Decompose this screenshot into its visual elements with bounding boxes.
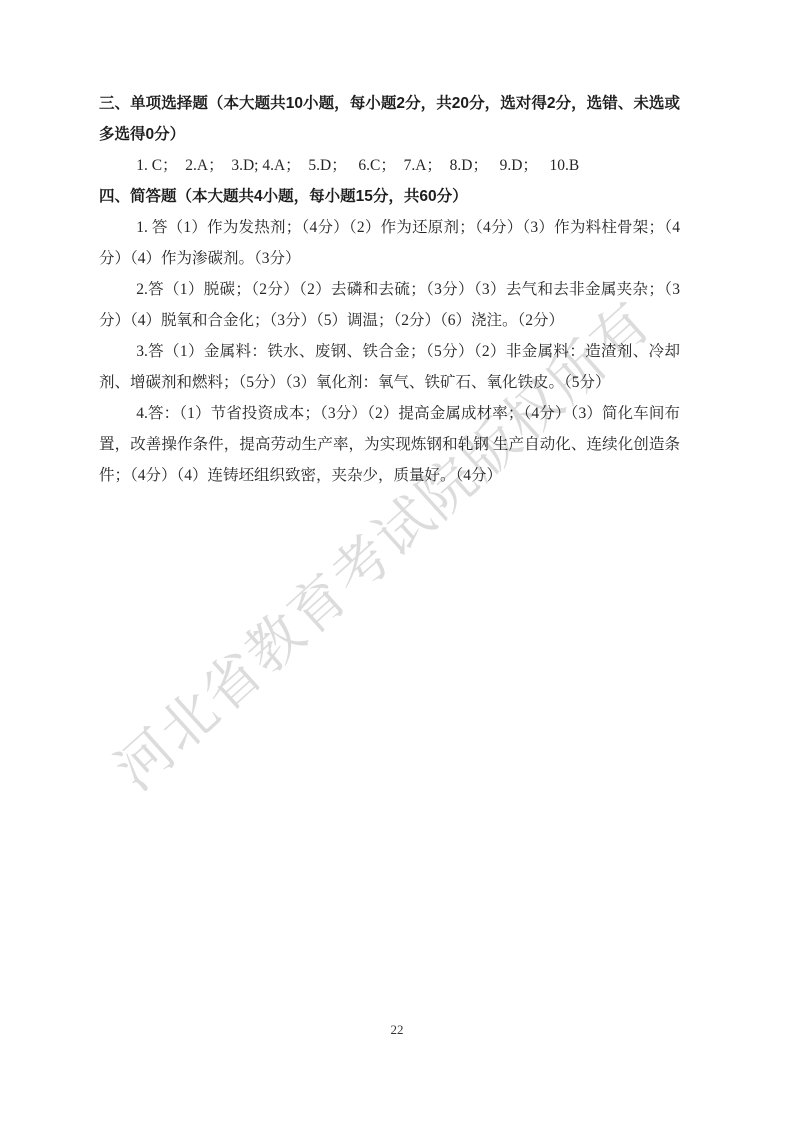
short-answer-3: 3.答（1）金属料：铁水、废钢、铁合金；（5分）（2）非金属料：造渣剂、冷却剂、… bbox=[99, 336, 680, 398]
short-answer-2: 2.答（1）脱碳；（2分）（2）去磷和去硫；（3分）（3）去气和去非金属夹杂；（… bbox=[99, 274, 680, 336]
multiple-choice-answers-line: 1. C； 2.A； 3.D; 4.A； 5.D； 6.C； 7.A； 8.D；… bbox=[99, 150, 680, 181]
short-answer-4: 4.答：（1）节省投资成本；（3分）（2）提高金属成材率；（4分）（3）简化车间… bbox=[99, 398, 680, 491]
document-page: 河北省教育考试院版权所有 三、单项选择题（本大题共10小题，每小题2分，共20分… bbox=[0, 0, 794, 1123]
page-number: 22 bbox=[0, 1022, 794, 1038]
section-short-answer-heading: 四、简答题（本大题共4小题，每小题15分，共60分） bbox=[99, 181, 680, 212]
section-multiple-choice-heading: 三、单项选择题（本大题共10小题，每小题2分，共20分，选对得2分，选错、未选或… bbox=[99, 88, 680, 150]
short-answer-1: 1. 答（1）作为发热剂；（4分）（2）作为还原剂；（4分）（3）作为料柱骨架；… bbox=[99, 212, 680, 274]
document-content: 三、单项选择题（本大题共10小题，每小题2分，共20分，选对得2分，选错、未选或… bbox=[99, 88, 680, 491]
